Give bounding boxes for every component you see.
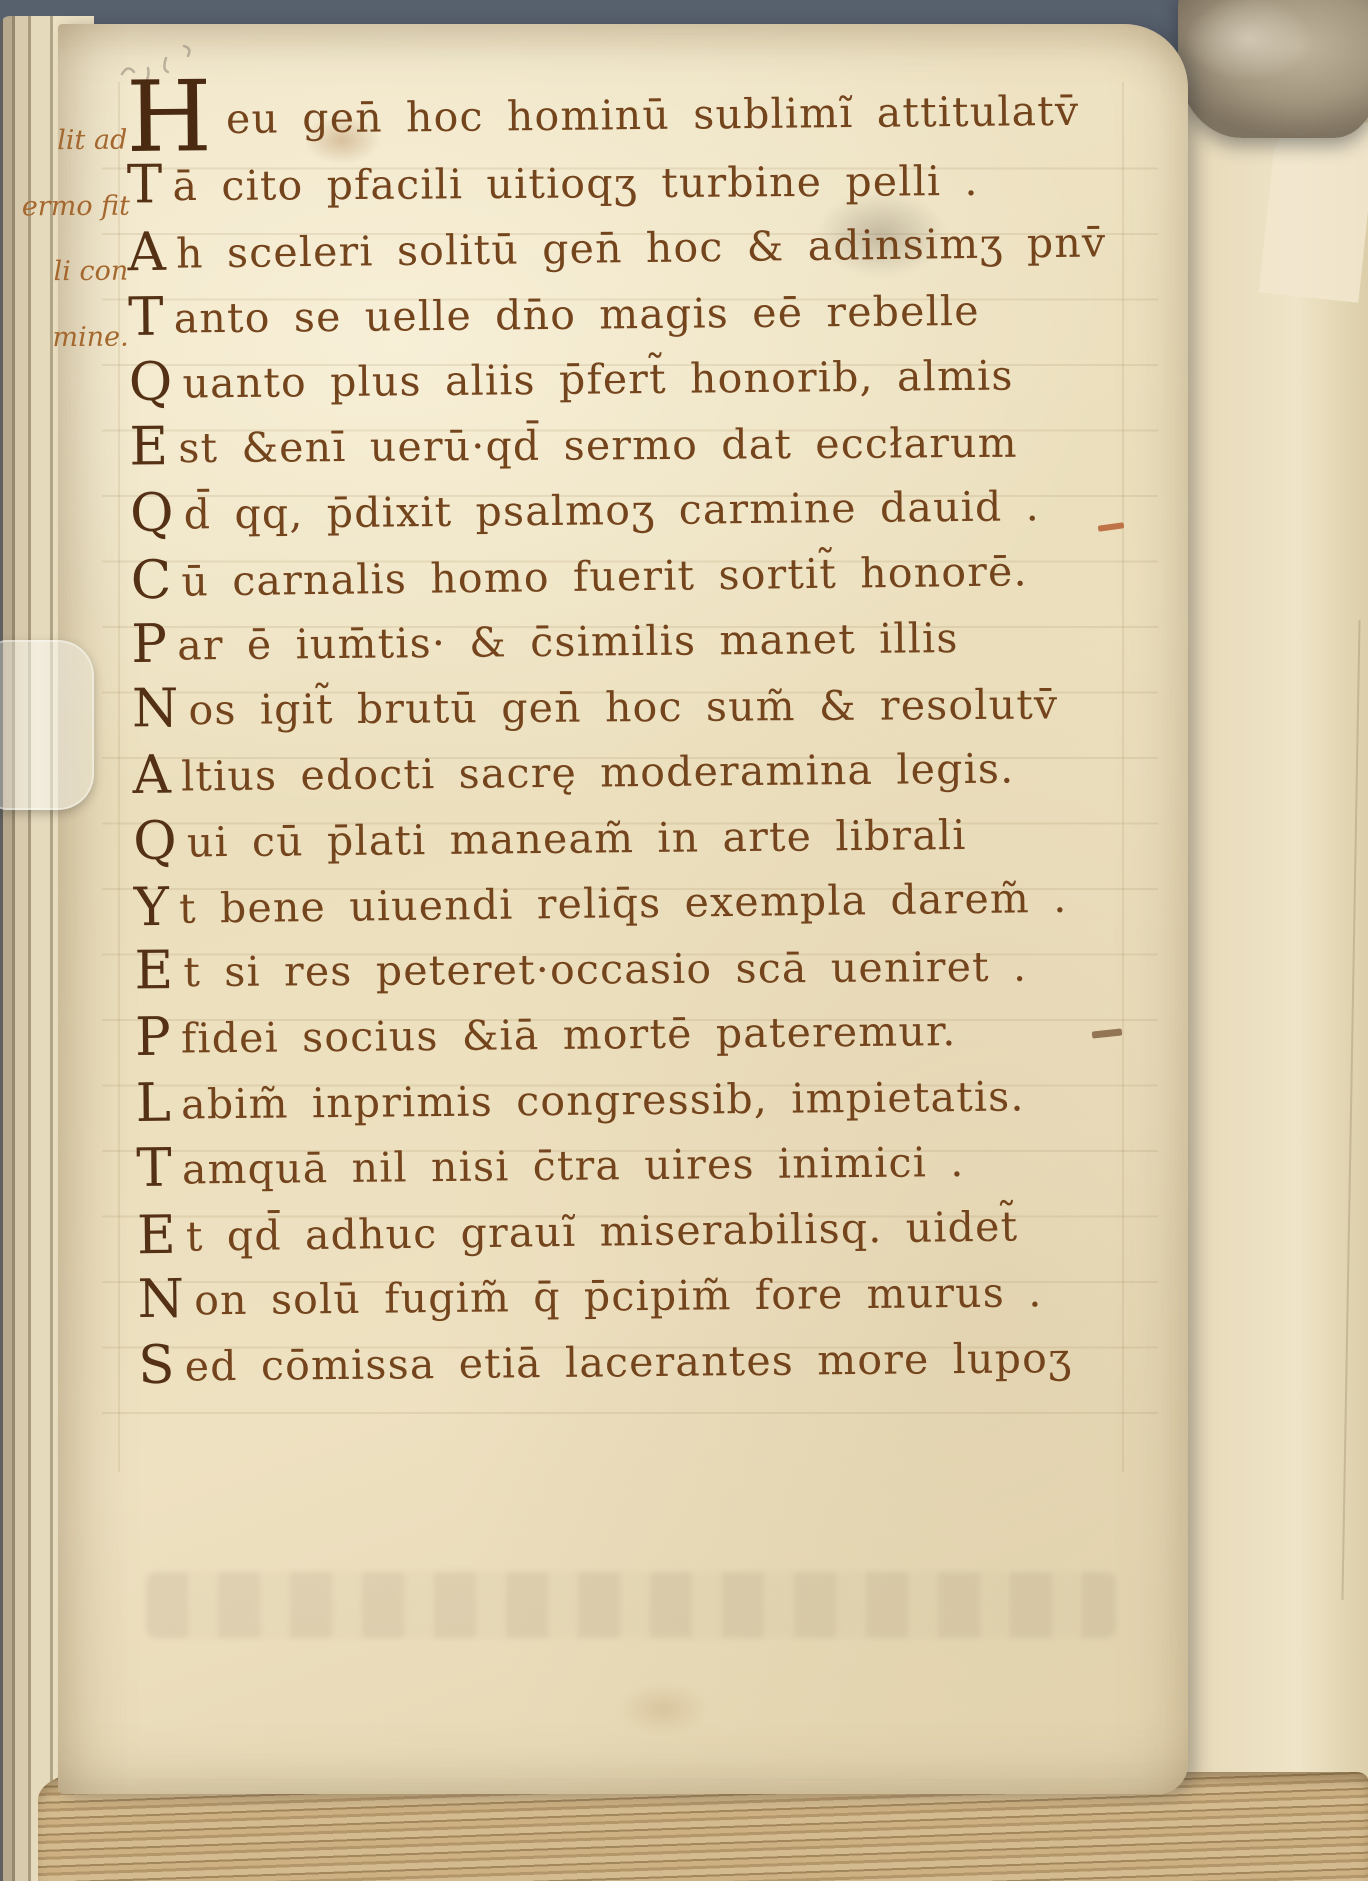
initial-capital: E (129, 416, 169, 477)
verse-line: Pfidei socius &iā mortē pateremur. (135, 996, 1114, 1071)
verse-line: Et qd̄ adhuc grauĩ miserabilisq. uidet̃ (137, 1191, 1116, 1268)
initial-capital: P (135, 1007, 172, 1068)
verse-line: Quanto plus aliis p̄fert̃ honorib, almis (129, 341, 1108, 416)
binding-fragment-top-right (1178, 0, 1368, 138)
verse-line: Altius edocti sacrę moderamina legis. (132, 734, 1111, 809)
verse-line: Cū carnalis homo fuerit sortit̃ honorē. (130, 536, 1109, 613)
verse-line: Par ē ium̄tis· & c̄similis manet illis (131, 603, 1110, 678)
line-text: fidei socius &iā mortē pateremur. (181, 1007, 957, 1062)
verse-line: Et si res peteret·occasio scā ueniret . (134, 932, 1113, 1004)
line-text: amquā nil nisi c̄tra uires inimici . (182, 1138, 965, 1194)
initial-capital: A (127, 222, 167, 283)
verse-line: Labim̃ inprimis congressib, impietatis. (135, 1061, 1114, 1136)
verse-line: Nos igit̃ brutū gen̄ hoc sum̃ & resolutv… (132, 670, 1111, 742)
initial-capital: E (137, 1204, 178, 1265)
line-text: os igit̃ brutū gen̄ hoc sum̃ & resolutv̄ (188, 680, 1058, 734)
margin-note: ermo fit (22, 173, 128, 239)
line-text: d̄ qq, p̄dixit psalmoʒ carmine dauid . (184, 482, 1041, 538)
ruling-margin-line-right (1122, 82, 1124, 1472)
line-text: eu gen̄ hoc hominū sublimĩ attitulatv̄ (226, 87, 1080, 143)
verse-line: Tā cito pfacili uitioqʒ turbine pelli . (127, 146, 1106, 218)
initial-capital: E (134, 940, 174, 1001)
transparent-page-clip (0, 640, 94, 810)
initial-capital: C (130, 549, 173, 611)
verse-line: Heu gen̄ hoc hominū sublimĩ attitulatv̄ (126, 79, 1105, 154)
line-text: uanto plus aliis p̄fert̃ honorib, almis (182, 351, 1014, 407)
verse-line: Sed cōmissa etiā lacerantes more lupoʒ (138, 1323, 1117, 1398)
initial-capital: Q (129, 352, 174, 413)
margin-note: mine. (22, 304, 128, 370)
line-text: t qd̄ adhuc grauĩ miserabilisq. uidet̃ (186, 1202, 1019, 1260)
ink-showthrough (146, 1572, 1116, 1638)
verse-line: Yt bene uiuendi reliq̄s exempla darem̃ . (133, 863, 1112, 940)
line-text: ā cito pfacili uitioqʒ turbine pelli . (172, 156, 979, 209)
manuscript-photograph: lit adermo fitli conmine. Heu gen̄ hoc h… (0, 0, 1368, 1881)
margin-notes: lit adermo fitli conmine. (21, 108, 129, 371)
line-text: t bene uiuendi reliq̄s exempla darem̃ . (179, 874, 1068, 933)
initial-capital: Y (133, 877, 170, 938)
verse-line: Ah sceleri solitū gen̄ hoc & adinsimʒ pn… (127, 208, 1106, 285)
initial-capital: Q (133, 810, 178, 871)
initial-capital: A (132, 745, 172, 806)
line-text: anto se uelle dn̄o magis eē rebelle (174, 286, 980, 342)
line-text: on solū fugim̃ q̄ p̄cipim̃ fore murus . (194, 1268, 1043, 1324)
line-text: h sceleri solitū gen̄ hoc & adinsimʒ pnv… (176, 218, 1107, 277)
margin-note: lit ad (21, 108, 127, 174)
initial-capital: S (138, 1334, 176, 1395)
verse-line: Qui cū p̄lati maneam̃ in arte librali (133, 799, 1112, 874)
initial-capital: Q (130, 483, 175, 544)
line-text: ar ē ium̄tis· & c̄similis manet illis (177, 614, 959, 669)
initial-capital: N (132, 678, 180, 739)
initial-capital: N (137, 1268, 185, 1329)
verse-line: Est &enī uerū·qd̄ sermo dat eccłarum (129, 408, 1108, 480)
initial-capital: L (135, 1072, 172, 1133)
line-text: ui cū p̄lati maneam̃ in arte librali (187, 810, 967, 865)
initial-capital: P (131, 614, 168, 675)
verse-line: Tanto se uelle dn̄o magis eē rebelle (128, 275, 1107, 350)
line-text: ū carnalis homo fuerit sortit̃ honorē. (181, 547, 1028, 605)
initial-capital: T (128, 286, 165, 347)
verse-text-block: Heu gen̄ hoc hominū sublimĩ attitulatv̄T… (126, 79, 1117, 1398)
verse-line: Tamquā nil nisi c̄tra uires inimici . (136, 1127, 1115, 1202)
line-text: ed cōmissa etiā lacerantes more lupoʒ (185, 1333, 1073, 1390)
margin-note: li con (22, 239, 128, 305)
parchment-stain (618, 1684, 708, 1734)
verse-line: Qd̄ qq, p̄dixit psalmoʒ carmine dauid . (130, 472, 1109, 547)
line-text: ltius edocti sacrę moderamina legis. (181, 745, 1015, 801)
line-text: t si res peteret·occasio scā ueniret . (183, 942, 1027, 995)
manuscript-page: lit adermo fitli conmine. Heu gen̄ hoc h… (58, 24, 1188, 1794)
initial-capital: T (136, 1138, 173, 1199)
line-text: st &enī uerū·qd̄ sermo dat eccłarum (178, 418, 1018, 471)
line-text: abim̃ inprimis congressib, impietatis. (181, 1072, 1025, 1128)
verse-line: Non solū fugim̃ q̄ p̄cipim̃ fore murus . (137, 1258, 1116, 1333)
initial-capital: H (126, 60, 214, 175)
